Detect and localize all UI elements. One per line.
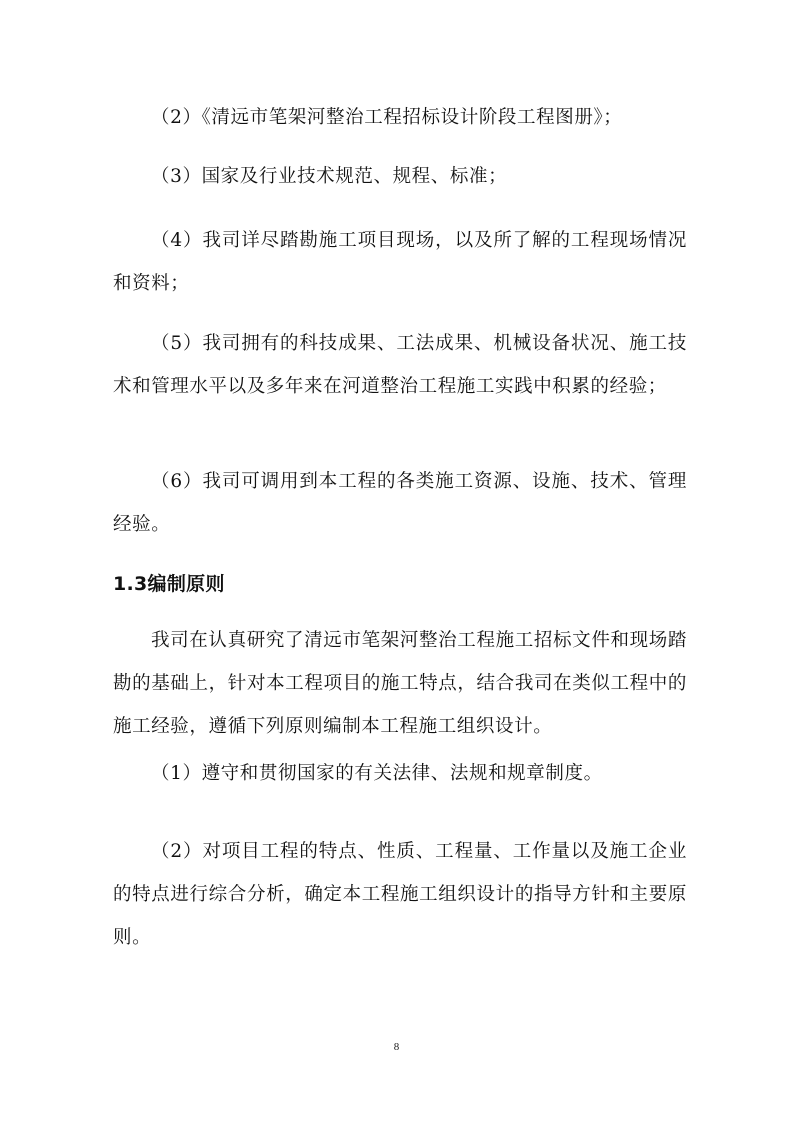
basis-item-3: （3）国家及行业技术规范、规程、标准； xyxy=(113,155,687,198)
basis-item-2: （2）《清远市笔架河整治工程招标设计阶段工程图册》； xyxy=(113,96,687,139)
principle-item-1: （1）遵守和贯彻国家的有关法律、法规和规章制度。 xyxy=(113,752,687,795)
basis-item-5: （5）我司拥有的科技成果、工法成果、机械设备状况、施工技术和管理水平以及多年来在… xyxy=(113,322,687,408)
principles-intro: 我司在认真研究了清远市笔架河整治工程施工招标文件和现场踏勘的基础上，针对本工程项… xyxy=(113,619,687,748)
page-number: 8 xyxy=(0,1041,793,1053)
principle-item-2: （2）对项目工程的特点、性质、工程量、工作量以及施工企业的特点进行综合分析，确定… xyxy=(113,830,687,959)
section-heading: 1.3编制原则 xyxy=(113,563,225,606)
basis-item-4: （4）我司详尽踏勘施工项目现场，以及所了解的工程现场情况和资料； xyxy=(113,219,687,305)
basis-item-6: （6）我司可调用到本工程的各类施工资源、设施、技术、管理经验。 xyxy=(113,460,687,546)
